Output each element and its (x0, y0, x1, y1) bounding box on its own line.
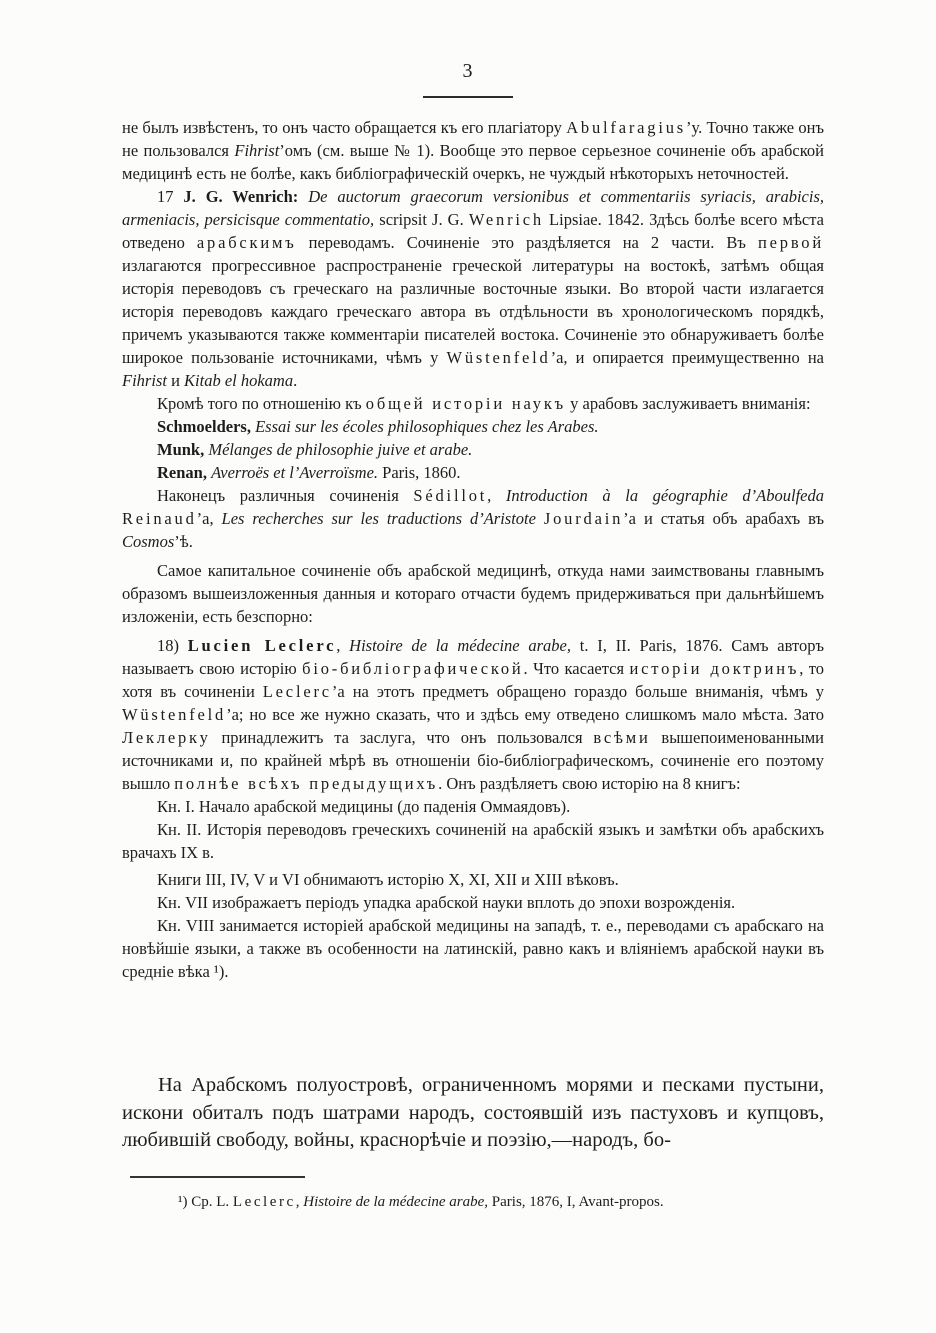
text-segment (298, 187, 308, 206)
page-body: не былъ извѣстенъ, то онъ часто обращает… (122, 116, 824, 983)
text-segment: Кн. I. Начало арабской медицины (до паде… (157, 797, 570, 816)
text-segment: у арабовъ заслуживаетъ вниманія: (566, 394, 811, 413)
book-list-item: Кн. VII изображаетъ періодъ упадка арабс… (122, 891, 824, 914)
text-segment: 18) (157, 636, 188, 655)
text-segment: Mélanges de philosophie juive et arabe. (208, 440, 472, 459)
book-list-item: Книги III, IV, V и VI обнимаютъ исторію … (122, 868, 824, 891)
bibliography-entry: Munk, Mélanges de philosophie juive et a… (122, 438, 824, 461)
text-segment: Essai sur les écoles philosophiques chez… (255, 417, 598, 436)
text-segment: ’ѣ. (174, 532, 193, 551)
text-segment: Averroës et l’Averroïsme. (211, 463, 378, 482)
text-segment: Paris, 1876, I, Avant-propos. (488, 1194, 664, 1210)
text-segment: Jourdain (544, 509, 623, 528)
footnote-block: ¹) Ср. L. Leclerc, Histoire de la médeci… (122, 1192, 824, 1212)
text-segment: . Что касается (524, 659, 630, 678)
text-segment: Кн. VII изображаетъ періодъ упадка арабс… (157, 893, 735, 912)
footnote-rule (130, 1176, 305, 1178)
text-segment: исторіи доктринъ (630, 659, 800, 678)
text-segment: Cosmos (122, 532, 174, 551)
text-segment: полнѣе всѣхъ предыдущихъ (174, 774, 438, 793)
bibliography-entry: Schmoelders, Essai sur les écoles philos… (122, 415, 824, 438)
text-segment: , (487, 486, 506, 505)
text-segment: ’а, (197, 509, 222, 528)
text-segment: арабскимъ (197, 233, 297, 252)
text-segment: Кн. VIII занимается исторіей арабской ме… (122, 916, 824, 981)
bibliography-entry: Renan, Averroës et l’Averroïsme. Paris, … (122, 461, 824, 484)
text-segment: біо-библіографической (302, 659, 523, 678)
text-segment: . (293, 371, 297, 390)
text-segment: Introduction à la géographie d’Aboulfeda (506, 486, 824, 505)
text-segment: Леклерку (122, 728, 211, 747)
chapter-opening: На Арабскомъ полуостровѣ, ограниченномъ … (122, 1072, 824, 1155)
book-list-item: Кн. VIII занимается исторіей арабской ме… (122, 914, 824, 983)
text-segment: Книги III, IV, V и VI обнимаютъ исторію … (157, 870, 619, 889)
text-segment: ’а и статья объ арабахъ въ (623, 509, 824, 528)
page-number: 3 (0, 60, 936, 83)
nakonets-paragraph: Наконецъ различныя сочиненія Sédillot, I… (122, 484, 824, 553)
text-segment: Leclerc (263, 682, 332, 701)
text-segment: Paris, 1860. (378, 463, 461, 482)
page-number-rule (423, 96, 513, 98)
text-segment: Les recherches sur les traductions d’Ari… (222, 509, 536, 528)
chapter-opening-paragraph: На Арабскомъ полуостровѣ, ограниченномъ … (122, 1072, 824, 1155)
text-segment: Leclerc (233, 1194, 296, 1210)
text-segment: ¹) Ср. L. (178, 1194, 233, 1210)
text-segment: . Онъ раздѣляетъ свою исторію на 8 книгъ… (438, 774, 740, 793)
text-segment: Wüstenfeld (122, 705, 226, 724)
text-segment: ’а, и опирается преимущественно на (551, 348, 824, 367)
text-segment: Renan, (157, 463, 207, 482)
text-segment: Sédillot (413, 486, 487, 505)
text-segment: Schmoelders, (157, 417, 251, 436)
text-segment: J. G. Wenrich: (183, 187, 298, 206)
text-segment: , (336, 636, 349, 655)
text-segment: Fihrist (234, 141, 279, 160)
scanned-page: 3 не былъ извѣстенъ, то онъ часто обраща… (0, 0, 936, 1333)
text-segment: Wenrich (469, 210, 544, 229)
text-segment: Kitab el hokama (184, 371, 293, 390)
text-segment: Wüstenfeld (446, 348, 550, 367)
continuation-paragraph: не былъ извѣстенъ, то онъ часто обращает… (122, 116, 824, 185)
text-segment: На Арабскомъ полуостровѣ, ограниченномъ … (122, 1074, 824, 1151)
text-segment: Lucien Leclerc (188, 636, 337, 655)
footnote: ¹) Ср. L. Leclerc, Histoire de la médeci… (122, 1192, 824, 1212)
book-list-item: Кн. II. Исторія переводовъ греческихъ со… (122, 818, 824, 864)
text-segment: Reinaud (122, 509, 197, 528)
text-segment: 17 (157, 187, 183, 206)
text-segment: Munk, (157, 440, 204, 459)
samoe-kapitalnoe-paragraph: Самое капитальное сочиненіе объ арабской… (122, 559, 824, 628)
text-segment: переводамъ. Сочиненіе это раздѣляется на… (297, 233, 758, 252)
text-segment: Кромѣ того по отношенію къ (157, 394, 366, 413)
text-segment: Histoire de la médecine arabe, (303, 1194, 488, 1210)
krome-togo-paragraph: Кромѣ того по отношенію къ общей исторіи… (122, 392, 824, 415)
text-segment: scripsit J. G. (374, 210, 469, 229)
entry-17-wenrich: 17 J. G. Wenrich: De auctorum graecorum … (122, 185, 824, 392)
text-segment: всѣми (593, 728, 650, 747)
book-list-item: Кн. I. Начало арабской медицины (до паде… (122, 795, 824, 818)
text-segment: Кн. II. Исторія переводовъ греческихъ со… (122, 820, 824, 862)
text-segment: Abulfaragius (566, 118, 686, 137)
entry-18-leclerc: 18) Lucien Leclerc, Histoire de la médec… (122, 634, 824, 795)
text-segment (536, 509, 544, 528)
text-segment: ’а; но все же нужно сказать, что и здѣсь… (226, 705, 824, 724)
text-segment: и (167, 371, 184, 390)
text-segment: Fihrist (122, 371, 167, 390)
text-segment: не былъ извѣстенъ, то онъ часто обращает… (122, 118, 566, 137)
text-segment: ’а на этотъ предметъ обращено гораздо бо… (332, 682, 824, 701)
text-segment: Самое капитальное сочиненіе объ арабской… (122, 561, 824, 626)
text-segment: общей исторіи наукъ (366, 394, 566, 413)
text-segment: первой (758, 233, 824, 252)
text-segment: Наконецъ различныя сочиненія (157, 486, 413, 505)
text-segment: принадлежитъ та заслуга, что онъ пользов… (211, 728, 594, 747)
text-segment: Histoire de la médecine arabe, (349, 636, 571, 655)
